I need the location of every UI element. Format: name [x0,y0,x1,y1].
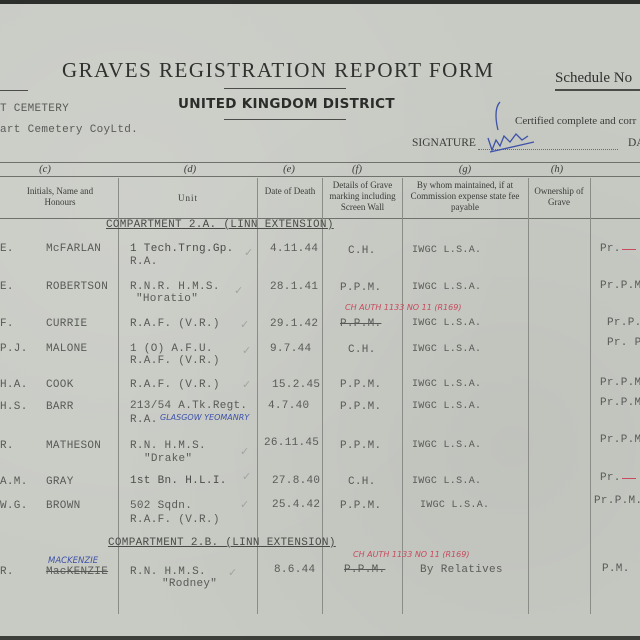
row-unit: 1st Bn. H.L.I. [130,475,227,487]
row-unit-line2: R.A.F. (V.R.) [130,514,220,526]
row-surname: MATHESON [46,440,101,452]
row-grave-marking: P.P.M. [344,564,385,576]
column-header-date: Date of Death [262,186,318,197]
red-dash-mark [622,478,636,479]
check-tick-icon: ✓ [242,344,251,357]
row-maintained-by: IWGC L.S.A. [412,440,481,451]
district-heading: UNITED KINGDOM DISTRICT [178,96,395,112]
column-header-ownership: Ownership of Grave [530,186,588,208]
row-grave-marking: C.H. [348,344,376,356]
row-initials: R. [0,440,14,452]
row-date-of-death: 26.11.45 [264,437,319,449]
compartment-heading: COMPARTMENT 2.A. (LINN EXTENSION) [106,219,334,231]
row-unit: R.N. H.M.S. [130,566,206,578]
row-initials: F. [0,318,14,330]
row-maintained-by: IWGC L.S.A. [412,245,481,256]
row-maintained-by: IWGC L.S.A. [412,344,481,355]
row-maintained-by: By Relatives [420,564,503,576]
left-rule [0,90,28,91]
row-grave-marking: C.H. [348,245,376,257]
row-surname: BARR [46,401,74,413]
row-extra: Pr. [600,472,621,484]
check-tick-icon: ✓ [240,498,249,511]
row-maintained-by: IWGC L.S.A. [412,282,481,293]
row-grave-marking: P.P.M. [340,401,381,413]
row-unit: 213/54 A.Tk.Regt. [130,400,247,412]
column-letter-f: (f) [342,164,372,175]
handwritten-annotation: CH AUTH 1133 NO 11 (R169) [353,550,469,559]
column-divider-h-i [590,178,591,614]
row-initials: W.G. [0,500,28,512]
row-unit-line2: R.A. [130,414,158,426]
column-header-marking: Details of Grave marking including Scree… [324,180,401,213]
district-bottom-rule [224,119,346,120]
column-header-unit: Unit [120,193,256,204]
row-surname: COOK [46,379,74,391]
row-maintained-by: IWGC L.S.A. [412,379,481,390]
row-extra: P.M. [602,563,630,575]
check-tick-icon: ✓ [244,246,253,259]
row-grave-marking: P.P.M. [340,440,381,452]
scan-bottom-border [0,636,640,640]
check-tick-icon: ✓ [242,470,251,483]
row-unit-line2: "Horatio" [136,293,198,305]
row-extra: Pr.P.M [600,397,640,409]
handwritten-unit-annotation: GLASGOW YEOMANRY [160,413,249,422]
check-tick-icon: ✓ [242,378,251,391]
row-date-of-death: 15.2.45 [272,379,320,391]
row-initials: E. [0,243,14,255]
row-grave-marking: P.P.M. [340,282,381,294]
row-extra: Pr. P [607,337,640,349]
column-letter-g: (g) [450,164,480,175]
row-unit-line2: R.A.F. (V.R.) [130,355,220,367]
row-unit: R.N.R. H.M.S. [130,281,220,293]
row-grave-marking: P.P.M. [340,318,381,330]
column-letter-h: (h) [542,164,572,175]
schedule-rule [555,89,640,91]
row-grave-marking: P.P.M. [340,379,381,391]
row-grave-marking: P.P.M. [340,500,381,512]
row-extra: Pr.P.M [600,434,640,446]
column-letter-c: (c) [30,164,60,175]
column-divider-f-g [402,178,403,614]
row-date-of-death: 27.8.40 [272,475,320,487]
row-extra: Pr.P. [607,317,640,329]
row-date-of-death: 8.6.44 [274,564,315,576]
row-grave-marking: C.H. [348,476,376,488]
check-tick-icon: ✓ [228,566,237,579]
row-maintained-by: IWGC L.S.A. [412,318,481,329]
row-date-of-death: 9.7.44 [270,343,311,355]
row-maintained-by: IWGC L.S.A. [412,401,481,412]
row-unit: 502 Sqdn. [130,500,192,512]
row-initials: H.A. [0,379,28,391]
signature-scribble [482,100,542,156]
column-divider-g-h [528,178,529,614]
row-surname: GRAY [46,476,74,488]
row-unit: R.A.F. (V.R.) [130,379,220,391]
handwritten-annotation: CH AUTH 1133 NO 11 (R169) [345,303,461,312]
column-header-maintained: By whom maintained, if at Commission exp… [404,180,526,213]
row-date-of-death: 4.7.40 [268,400,309,412]
schedule-number-label: Schedule No [555,70,632,87]
row-extra: Pr.P.M [600,280,640,292]
row-initials: R. [0,566,14,578]
handwritten-name-correction: MACKENZIE [48,556,98,566]
signature-label: SIGNATURE [412,137,476,149]
check-tick-icon: ✓ [240,318,249,331]
row-initials: A.M. [0,476,28,488]
row-unit: R.A.F. (V.R.) [130,318,220,330]
row-surname: ROBERTSON [46,281,108,293]
row-surname: CURRIE [46,318,87,330]
row-unit: 1 Tech.Trng.Gp. [130,243,234,255]
row-surname: MacKENZIE [46,566,108,578]
row-unit-line2: "Rodney" [162,578,217,590]
row-unit-line2: "Drake" [144,453,192,465]
row-extra: Pr.P.M. [594,495,640,507]
row-unit-line2: R.A. [130,256,158,268]
row-surname: McFARLAN [46,243,101,255]
row-initials: P.J. [0,343,28,355]
red-dash-mark [622,249,636,250]
row-surname: MALONE [46,343,87,355]
check-tick-icon: ✓ [234,284,243,297]
cemetery-owner: art Cemetery CoyLtd. [0,124,138,136]
row-initials: H.S. [0,401,28,413]
check-tick-icon: ✓ [240,445,249,458]
column-letter-rule [0,176,640,177]
column-letter-e: (e) [274,164,304,175]
row-maintained-by: IWGC L.S.A. [420,500,489,511]
district-top-rule [224,88,346,89]
row-date-of-death: 25.4.42 [272,499,320,511]
row-unit: R.N. H.M.S. [130,440,206,452]
row-unit: 1 (O) A.F.U. [130,343,213,355]
row-extra: Pr.P.M [600,377,640,389]
row-date-of-death: 28.1.41 [270,281,318,293]
table-top-rule [0,162,640,163]
row-surname: BROWN [46,500,81,512]
column-letter-d: (d) [175,164,205,175]
row-initials: E. [0,281,14,293]
cemetery-name: T CEMETERY [0,103,69,115]
compartment-heading: COMPARTMENT 2.B. (LINN EXTENSION) [108,537,336,549]
date-label: DA [628,137,640,149]
row-date-of-death: 29.1.42 [270,318,318,330]
form-title: GRAVES REGISTRATION REPORT FORM [62,58,494,83]
row-maintained-by: IWGC L.S.A. [412,476,481,487]
column-header-name: Initials, Name and Honours [14,186,106,208]
row-extra: Pr. [600,243,621,255]
row-date-of-death: 4.11.44 [270,243,318,255]
